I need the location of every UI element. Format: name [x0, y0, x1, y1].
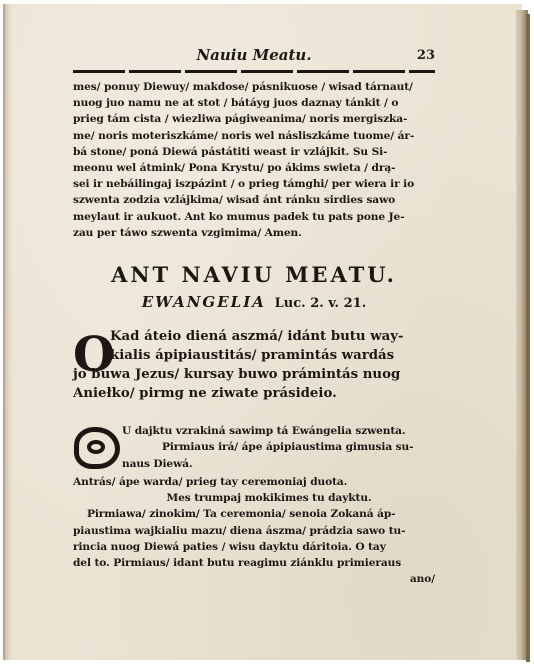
paragraph-prayer-ending: mes/ ponuy Diewuy/ makdose/ pásnikuose /…: [73, 79, 435, 241]
decorated-initial-d: [74, 427, 120, 469]
text-line: zau per táwo szwenta vzgimima/ Amen.: [73, 225, 435, 241]
catchword: ano/: [73, 571, 435, 587]
text-line: sei ir nebáilingaj iszpázint / o prieg t…: [73, 176, 435, 192]
text-line: bá stone/ poná Diewá pástátiti weast ir …: [73, 144, 435, 160]
text-line: kialis ápipiaustitás/ pramintás wardás: [110, 346, 435, 365]
text-line: piaustima wajkialiu mazu/ diena ászma/ p…: [73, 523, 435, 539]
section-title: ANT NAVIU MEATU.: [73, 262, 435, 287]
commentary-body: Antrás/ ápe warda/ prieg tay ceremoniaj …: [73, 474, 435, 587]
commentary-line: naus Diewá.: [122, 456, 435, 472]
text-line: meonu wel átmink/ Pona Krystu/ po ákims …: [73, 160, 435, 176]
text-line: meylaut ir aukuot. Ant ko mumus padek tu…: [73, 209, 435, 225]
text-line: nuog juo namu ne at stot / bátáyg juos d…: [73, 95, 435, 111]
section-subtitle: EWANGELIA Luc. 2. v. 21.: [73, 293, 435, 311]
text-line: Antrás/ ápe warda/ prieg tay ceremoniaj …: [73, 474, 435, 490]
text-line: mes/ ponuy Diewuy/ makdose/ pásnikuose /…: [73, 79, 435, 95]
running-title: Nauiu Meatu.: [73, 46, 435, 64]
text-line: naus Diewá.: [122, 456, 435, 472]
text-line: szwenta zodzia vzlájkima/ wisad ánt ránk…: [73, 192, 435, 208]
text-line: Aniełko/ pirmg ne ziwate prásideio.: [73, 384, 435, 403]
page-edge-shadow: [526, 14, 530, 662]
text-line: jo buwa Jezus/ kursay buwo prámintás nuo…: [73, 365, 435, 384]
text-line: Pirmiaus irá/ ápe ápipiaustima gimusia s…: [122, 439, 435, 455]
text-line: me/ noris moteriszkáme/ noris wel náslis…: [73, 128, 435, 144]
subtitle-reference: Luc. 2. v. 21.: [275, 296, 367, 311]
header-rule: [73, 70, 435, 73]
text-line: Kad áteio diená aszmá/ idánt butu way-: [110, 327, 435, 346]
gospel-remaining-lines: jo buwa Jezus/ kursay buwo prámintás nuo…: [73, 365, 435, 403]
text-line: Mes trumpaj mokikimes tu dayktu.: [73, 490, 435, 506]
page-header: Nauiu Meatu. 23: [73, 46, 435, 66]
gospel-first-lines: Kad áteio diená aszmá/ idánt butu way- k…: [110, 327, 435, 365]
text-line: prieg tám cista / wiezliwa págiweanima/ …: [73, 111, 435, 127]
text-line: del to. Pirmiaus/ idant butu reagimu ziá…: [73, 555, 435, 571]
subtitle-word: EWANGELIA: [142, 293, 266, 311]
text-line: U dajktu vzrakiná sawimp tá Ewángelia sz…: [122, 423, 435, 439]
page-number: 23: [417, 48, 435, 63]
text-line: rincia nuog Diewá paties / wisu dayktu d…: [73, 539, 435, 555]
text-line: Pirmiawa/ zinokim/ Ta ceremonia/ senoia …: [73, 506, 435, 522]
commentary-first-lines: U dajktu vzrakiná sawimp tá Ewángelia sz…: [122, 423, 435, 455]
